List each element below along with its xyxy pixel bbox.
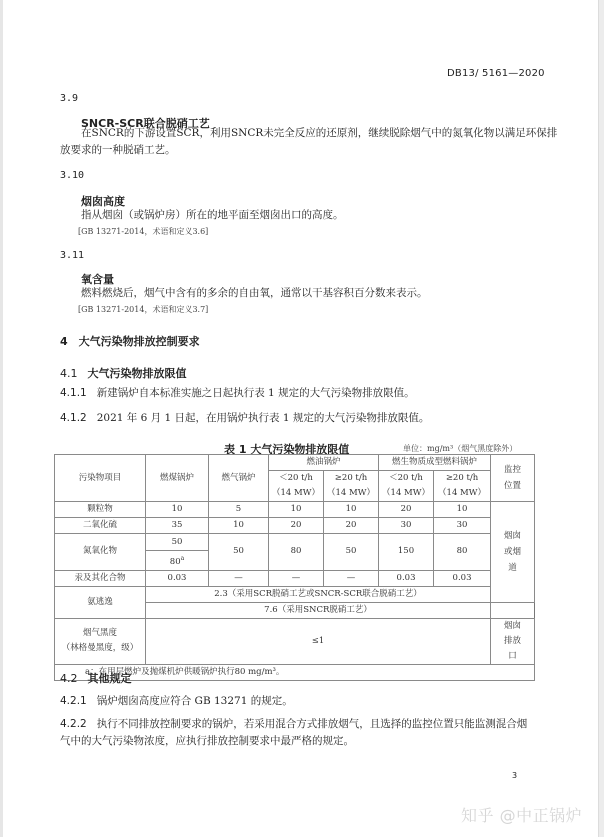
cell-coal: 0.03 [146,570,209,586]
clause-number: 3.9 [60,93,78,104]
pollutant-name-line2: （林格曼黑度，级） [55,641,145,656]
subsection-title: 其他规定 [88,672,132,685]
clause-4-1-2: 4.1.22021 年 6 月 1 日起，在用锅炉执行表 1 规定的大气污染物排… [60,410,429,426]
cell-coal: 35 [146,518,209,534]
page-right-edge [598,0,604,837]
cell-bio-ge20: 80 [434,534,491,571]
pollutant-name: 烟气黑度 （林格曼黑度，级） [55,618,146,664]
clause-4-2-1: 4.2.1锅炉烟囱高度应符合 GB 13271 的规定。 [60,693,293,709]
clause-text: 锅炉烟囱高度应符合 GB 13271 的规定。 [97,695,293,707]
clause-number: 4.2.1 [60,695,87,707]
cell-bio-ge20: 30 [434,518,491,534]
cell-coal: 50 [146,534,209,551]
clause-number: 3.10 [60,170,84,181]
header-gas-boiler: 燃气锅炉 [209,455,269,502]
header-pollutant: 污染物项目 [55,455,146,502]
header-oil-ge20: ≥20 t/h [324,471,379,487]
cell-coal-alt-value: 80 [170,557,181,567]
watermark: 知乎 @中正锅炉 [461,803,582,826]
clause-text: 2021 年 6 月 1 日起，在用锅炉执行表 1 规定的大气污染物排放限值。 [97,412,430,424]
cell-bio-lt20: 0.03 [379,570,434,586]
cell-coal-alt: 80a [146,551,209,571]
table-row-mercury: 汞及其化合物 0.03 — — — 0.03 0.03 [55,570,535,586]
cell-oil-ge20: — [324,570,379,586]
header-mw: （14 MW） [269,486,324,502]
cell-coal: 10 [146,502,209,518]
subsection-title: 大气污染物排放限值 [88,367,187,380]
cell-bio-ge20: 0.03 [434,570,491,586]
header-mw: （14 MW） [434,486,491,502]
page-number: 3 [512,771,517,780]
cell-bio-lt20: 30 [379,518,434,534]
subsection-number: 4.2 [60,672,78,685]
footnote-marker: a [181,555,185,562]
smoke-blackness-limit: ≤1 [146,618,491,664]
term-definition: 在SNCR的下游设置SCR，利用SNCR未完全反应的还原剂，继续脱除烟气中的氮氧… [81,125,557,141]
emission-limits-table: 污染物项目 燃煤锅炉 燃气锅炉 燃油锅炉 燃生物质成型燃料锅炉 监控位置 ＜20… [54,454,535,681]
monitor-location-outlet: 烟囱排放口 [491,618,535,664]
header-oil-boiler: 燃油锅炉 [269,455,379,471]
monitor-location-text: 烟囱或烟道 [501,528,525,576]
header-biomass-boiler: 燃生物质成型燃料锅炉 [379,455,491,471]
table-row-so2: 二氧化硫 35 10 20 20 30 30 [55,518,535,534]
cell-gas: 5 [209,502,269,518]
clause-text: 新建锅炉自本标准实施之日起执行表 1 规定的大气污染物排放限值。 [97,387,415,399]
cell-bio-lt20: 150 [379,534,434,571]
pollutant-name: 氨逃逸 [55,586,146,618]
clause-number: 4.1.1 [60,387,87,399]
clause-number: 4.2.2 [60,718,87,730]
table-row-nox: 氮氧化物 50 50 80 50 150 80 [55,534,535,551]
header-monitor-location: 监控位置 [491,455,535,502]
cell-gas: 10 [209,518,269,534]
clause-text: 执行不同排放控制要求的锅炉，若采用混合方式排放烟气，且选择的监控位置只能监测混合… [97,718,528,730]
cell-oil-ge20: 20 [324,518,379,534]
cell-gas: 50 [209,534,269,571]
pollutant-name: 颗粒物 [55,502,146,518]
cell-bio-ge20: 10 [434,502,491,518]
subsection-heading-4-2: 4.2其他规定 [60,670,132,686]
subsection-heading-4-1: 4.1大气污染物排放限值 [60,365,187,381]
pollutant-name: 二氧化硫 [55,518,146,534]
header-mw: （14 MW） [379,486,434,502]
table-unit: 单位：mg/m³（烟气黑度除外） [403,443,517,454]
ammonia-limit-scr: 2.3（采用SCR脱硝工艺或SNCR-SCR联合脱硝工艺） [146,586,491,602]
clause-4-2-2: 4.2.2执行不同排放控制要求的锅炉，若采用混合方式排放烟气，且选择的监控位置只… [60,716,527,732]
cell-oil-lt20: 10 [269,502,324,518]
cell-gas: — [209,570,269,586]
header-oil-lt20: ＜20 t/h [269,471,324,487]
document-id: DB13/ 5161—2020 [447,68,545,79]
pollutant-name: 氮氧化物 [55,534,146,571]
cell-oil-lt20: 80 [269,534,324,571]
table-row-smoke-blackness: 烟气黑度 （林格曼黑度，级） ≤1 烟囱排放口 [55,618,535,664]
pollutant-name: 汞及其化合物 [55,570,146,586]
cell-bio-lt20: 20 [379,502,434,518]
clause-number: 4.1.2 [60,412,87,424]
monitor-location-stack-or-flue: 烟囱或烟道 [491,502,535,603]
clause-number: 3.11 [60,250,84,261]
pollutant-name-line1: 烟气黑度 [55,626,145,641]
clause-4-2-2-continued: 气中的大气污染物浓度，应执行排放控制要求中最严格的规定。 [60,733,354,749]
ammonia-limit-sncr: 7.6（采用SNCR脱硝工艺） [146,602,491,618]
header-coal-boiler: 燃煤锅炉 [146,455,209,502]
header-bio-ge20: ≥20 t/h [434,471,491,487]
cell-oil-lt20: 20 [269,518,324,534]
clause-4-1-1: 4.1.1新建锅炉自本标准实施之日起执行表 1 规定的大气污染物排放限值。 [60,385,415,401]
monitor-location-text: 烟囱排放口 [501,619,525,664]
page-left-edge [0,0,3,837]
cell-oil-lt20: — [269,570,324,586]
term-source: [GB 13271-2014，术语和定义3.6] [78,226,208,237]
header-bio-lt20: ＜20 t/h [379,471,434,487]
cell-oil-ge20: 10 [324,502,379,518]
header-mw: （14 MW） [324,486,379,502]
term-definition: 指从烟囱（或锅炉房）所在的地平面至烟囱出口的高度。 [81,207,344,223]
section-heading: 4 大气污染物排放控制要求 [60,333,200,349]
term-source: [GB 13271-2014，术语和定义3.7] [78,304,208,315]
table-row-particulate: 颗粒物 10 5 10 10 20 10 烟囱或烟道 [55,502,535,518]
cell-oil-ge20: 50 [324,534,379,571]
header-monitor-text: 监控位置 [502,462,524,494]
subsection-number: 4.1 [60,367,78,380]
term-definition: 燃料燃烧后，烟气中含有的多余的自由氧，通常以干基容积百分数来表示。 [81,285,428,301]
table-row-ammonia-slip: 氨逃逸 2.3（采用SCR脱硝工艺或SNCR-SCR联合脱硝工艺） [55,586,535,602]
term-definition-continued: 放要求的一种脱硝工艺。 [60,142,176,158]
